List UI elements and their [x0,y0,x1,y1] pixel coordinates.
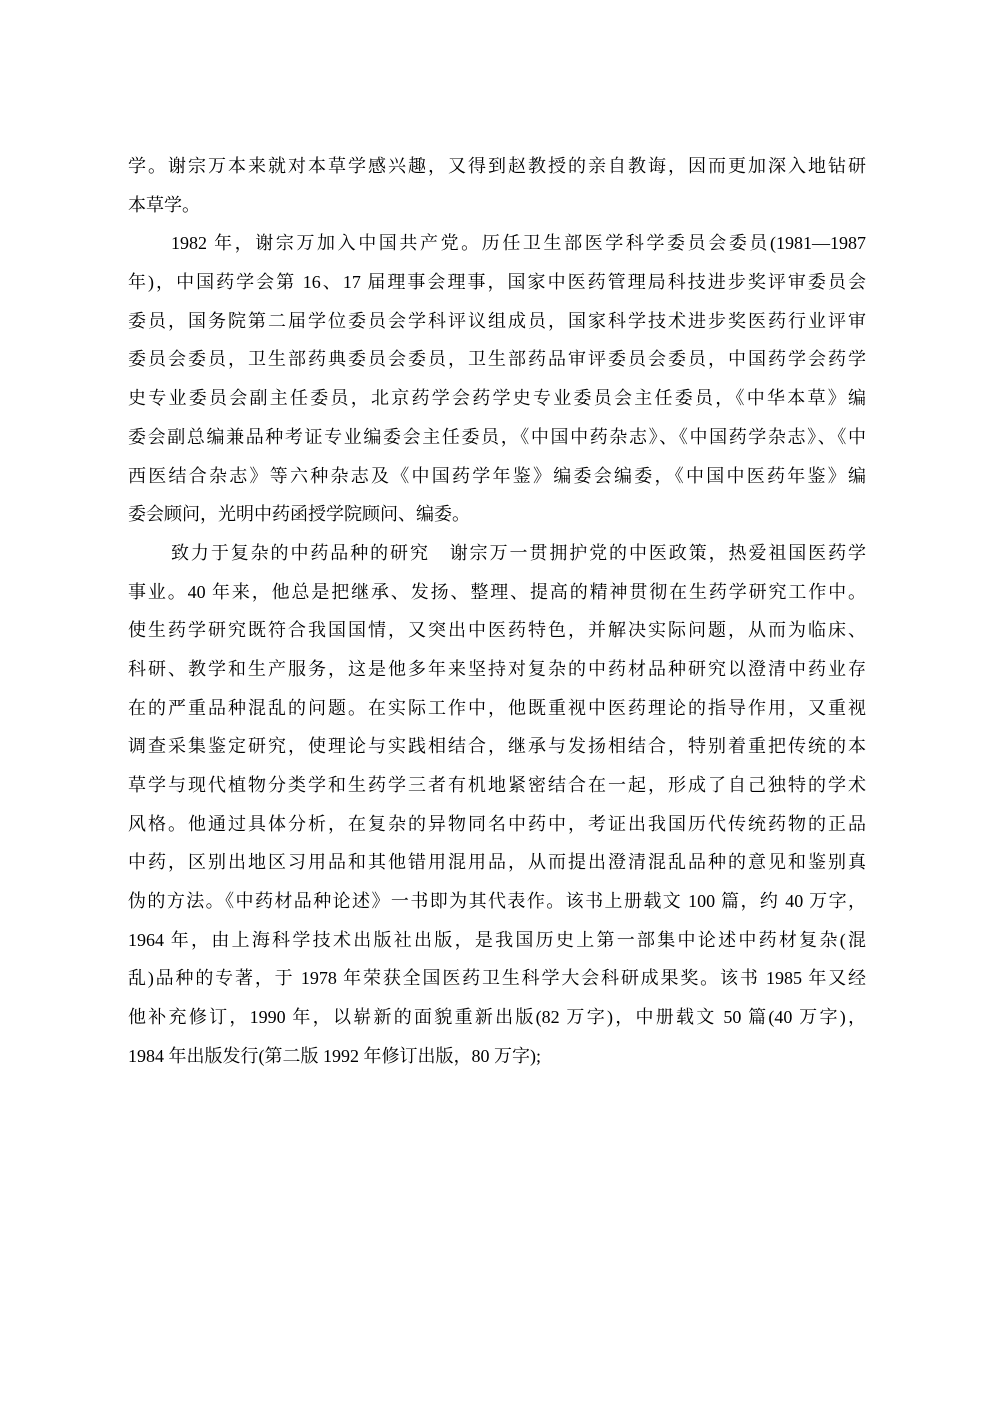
text-line: 草学与现代植物分类学和生药学三者有机地紧密结合在一起，形成了自己独特的学术 [128,766,866,805]
paragraph-research: 致力于复杂的中药品种的研究 谢宗万一贯拥护党的中医政策，热爱祖国医药学 事业。4… [128,534,866,1076]
text-line: 本草学。 [128,186,866,225]
text-line: 中药，区别出地区习用品和其他错用混用品，从而提出澄清混乱品种的意见和鉴别真 [128,843,866,882]
text-line: 史专业委员会副主任委员，北京药学会药学史专业委员会主任委员，《中华本草》编 [128,379,866,418]
text-line: 委员，国务院第二届学位委员会学科评议组成员，国家科学技术进步奖医药行业评审 [128,302,866,341]
paragraph-continuation: 学。谢宗万本来就对本草学感兴趣，又得到赵教授的亲自教诲，因而更加深入地钻研 本草… [128,147,866,224]
text-line: 1964 年，由上海科学技术出版社出版，是我国历史上第一部集中论述中药材复杂(混 [128,921,866,960]
text-line: 调查采集鉴定研究，使理论与实践相结合，继承与发扬相结合，特别着重把传统的本 [128,727,866,766]
text-line: 委会副总编兼品种考证专业编委会主任委员，《中国中药杂志》、《中国药学杂志》、《中 [128,418,866,457]
text-line: 致力于复杂的中药品种的研究 谢宗万一贯拥护党的中医政策，热爱祖国医药学 [128,534,866,573]
text-line: 在的严重品种混乱的问题。在实际工作中，他既重视中医药理论的指导作用，又重视 [128,689,866,728]
text-line: 1984 年出版发行(第二版 1992 年修订出版，80 万字); [128,1037,866,1076]
text-line: 乱)品种的专著，于 1978 年荣获全国医药卫生科学大会科研成果奖。该书 198… [128,959,866,998]
text-line: 委会顾问，光明中药函授学院顾问、编委。 [128,495,866,534]
text-line: 委员会委员，卫生部药典委员会委员，卫生部药品审评委员会委员，中国药学会药学 [128,340,866,379]
paragraph-memberships: 1982 年，谢宗万加入中国共产党。历任卫生部医学科学委员会委员(1981—19… [128,224,866,534]
document-page: 学。谢宗万本来就对本草学感兴趣，又得到赵教授的亲自教诲，因而更加深入地钻研 本草… [0,0,992,1403]
document-body-text: 学。谢宗万本来就对本草学感兴趣，又得到赵教授的亲自教诲，因而更加深入地钻研 本草… [128,147,866,1076]
text-line: 使生药学研究既符合我国国情，又突出中医药特色，并解决实际问题，从而为临床、 [128,611,866,650]
text-line: 年)，中国药学会第 16、17 届理事会理事，国家中医药管理局科技进步奖评审委员… [128,263,866,302]
text-line: 他补充修订，1990 年，以崭新的面貌重新出版(82 万字)，中册载文 50 篇… [128,998,866,1037]
text-line: 科研、教学和生产服务，这是他多年来坚持对复杂的中药材品种研究以澄清中药业存 [128,650,866,689]
text-line: 学。谢宗万本来就对本草学感兴趣，又得到赵教授的亲自教诲，因而更加深入地钻研 [128,147,866,186]
text-line: 事业。40 年来，他总是把继承、发扬、整理、提高的精神贯彻在生药学研究工作中。 [128,573,866,612]
text-line: 伪的方法。《中药材品种论述》一书即为其代表作。该书上册载文 100 篇，约 40… [128,882,866,921]
text-line: 1982 年，谢宗万加入中国共产党。历任卫生部医学科学委员会委员(1981—19… [128,224,866,263]
text-line: 西医结合杂志》等六种杂志及《中国药学年鉴》编委会编委，《中国中医药年鉴》编 [128,457,866,496]
text-line: 风格。他通过具体分析，在复杂的异物同名中药中，考证出我国历代传统药物的正品 [128,805,866,844]
